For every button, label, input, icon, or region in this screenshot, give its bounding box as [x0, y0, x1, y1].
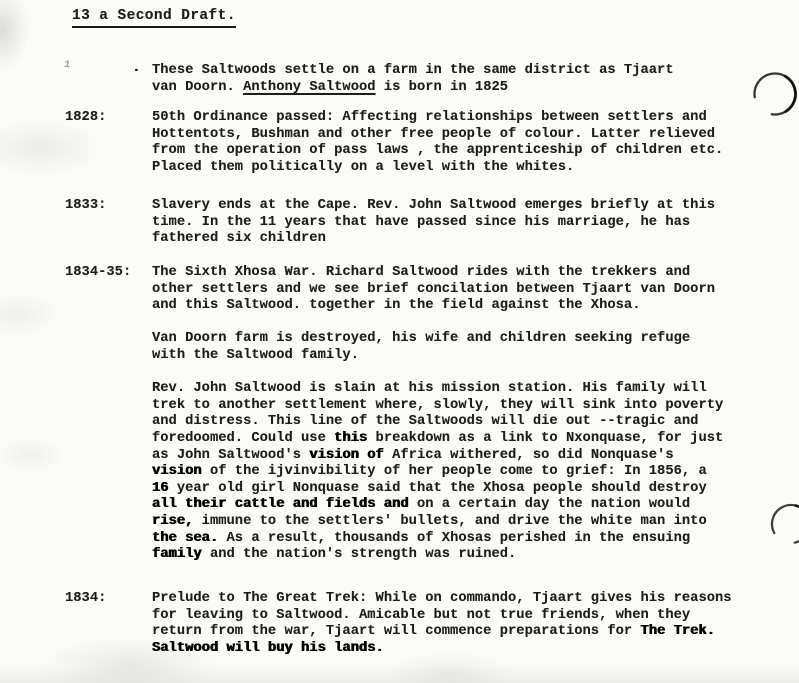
entry-year: 1834: — [65, 591, 106, 608]
text-segment: As a result, thousands of Xhosas perishe… — [218, 531, 690, 546]
text-segment: Slavery ends at the Cape. Rev. John Salt… — [152, 198, 715, 246]
entry-text: 50th Ordinance passed: Affecting relatio… — [152, 110, 723, 176]
text-segment: immune to the settlers' bullets, and dri… — [193, 514, 706, 529]
text-segment: is born in 1825 — [376, 80, 508, 95]
entry-text: These Saltwoods settle on a farm in the … — [152, 63, 674, 96]
text-segment: 50th Ordinance passed: Affecting relatio… — [152, 110, 723, 175]
text-segment: Africa withered, so did Nonquase's — [384, 448, 674, 463]
underlined-text: Anthony Saltwood — [243, 80, 375, 95]
overstruck-text: family — [152, 547, 202, 562]
text-segment: on a certain day the nation would — [409, 497, 691, 512]
overstruck-text: the sea. — [152, 531, 218, 546]
text-segment: year old girl Nonquase said that the Xho… — [169, 481, 707, 496]
entry-text: The Sixth Xhosa War. Richard Saltwood ri… — [152, 265, 723, 564]
entry-text: Slavery ends at the Cape. Rev. John Salt… — [152, 198, 715, 248]
entry-year: 1828: — [65, 110, 106, 127]
entry-text: Prelude to The Great Trek: While on comm… — [152, 591, 732, 657]
overstruck-text: all their cattle and fields and — [152, 497, 409, 512]
page-title: 13 a Second Draft. — [72, 8, 236, 28]
text-segment: The Sixth Xhosa War. Richard Saltwood ri… — [152, 265, 723, 446]
ring-binder-mark-icon — [768, 500, 799, 548]
entry-year: 1834-35: — [65, 265, 131, 282]
overstruck-text: vision — [152, 464, 202, 479]
overstruck-text: this — [334, 431, 367, 446]
overstruck-text: rise, — [152, 514, 193, 529]
overstruck-text: Saltwood will buy his lands. — [152, 641, 384, 656]
entry-year: 1833: — [65, 198, 106, 215]
overstruck-text: 16 — [152, 481, 169, 496]
document-page: 13 a Second Draft. 1 . These Saltwoods s… — [0, 0, 799, 683]
stray-mark: 1 — [63, 58, 71, 75]
entry-bullet: . — [132, 61, 140, 78]
ring-binder-mark-icon — [748, 70, 799, 120]
overstruck-text: vision of — [309, 448, 384, 463]
text-segment: and the nation's strength was ruined. — [202, 547, 517, 562]
text-segment: of the ijvinvibility of her people come … — [202, 464, 707, 479]
overstruck-text: The Trek. — [641, 624, 716, 639]
